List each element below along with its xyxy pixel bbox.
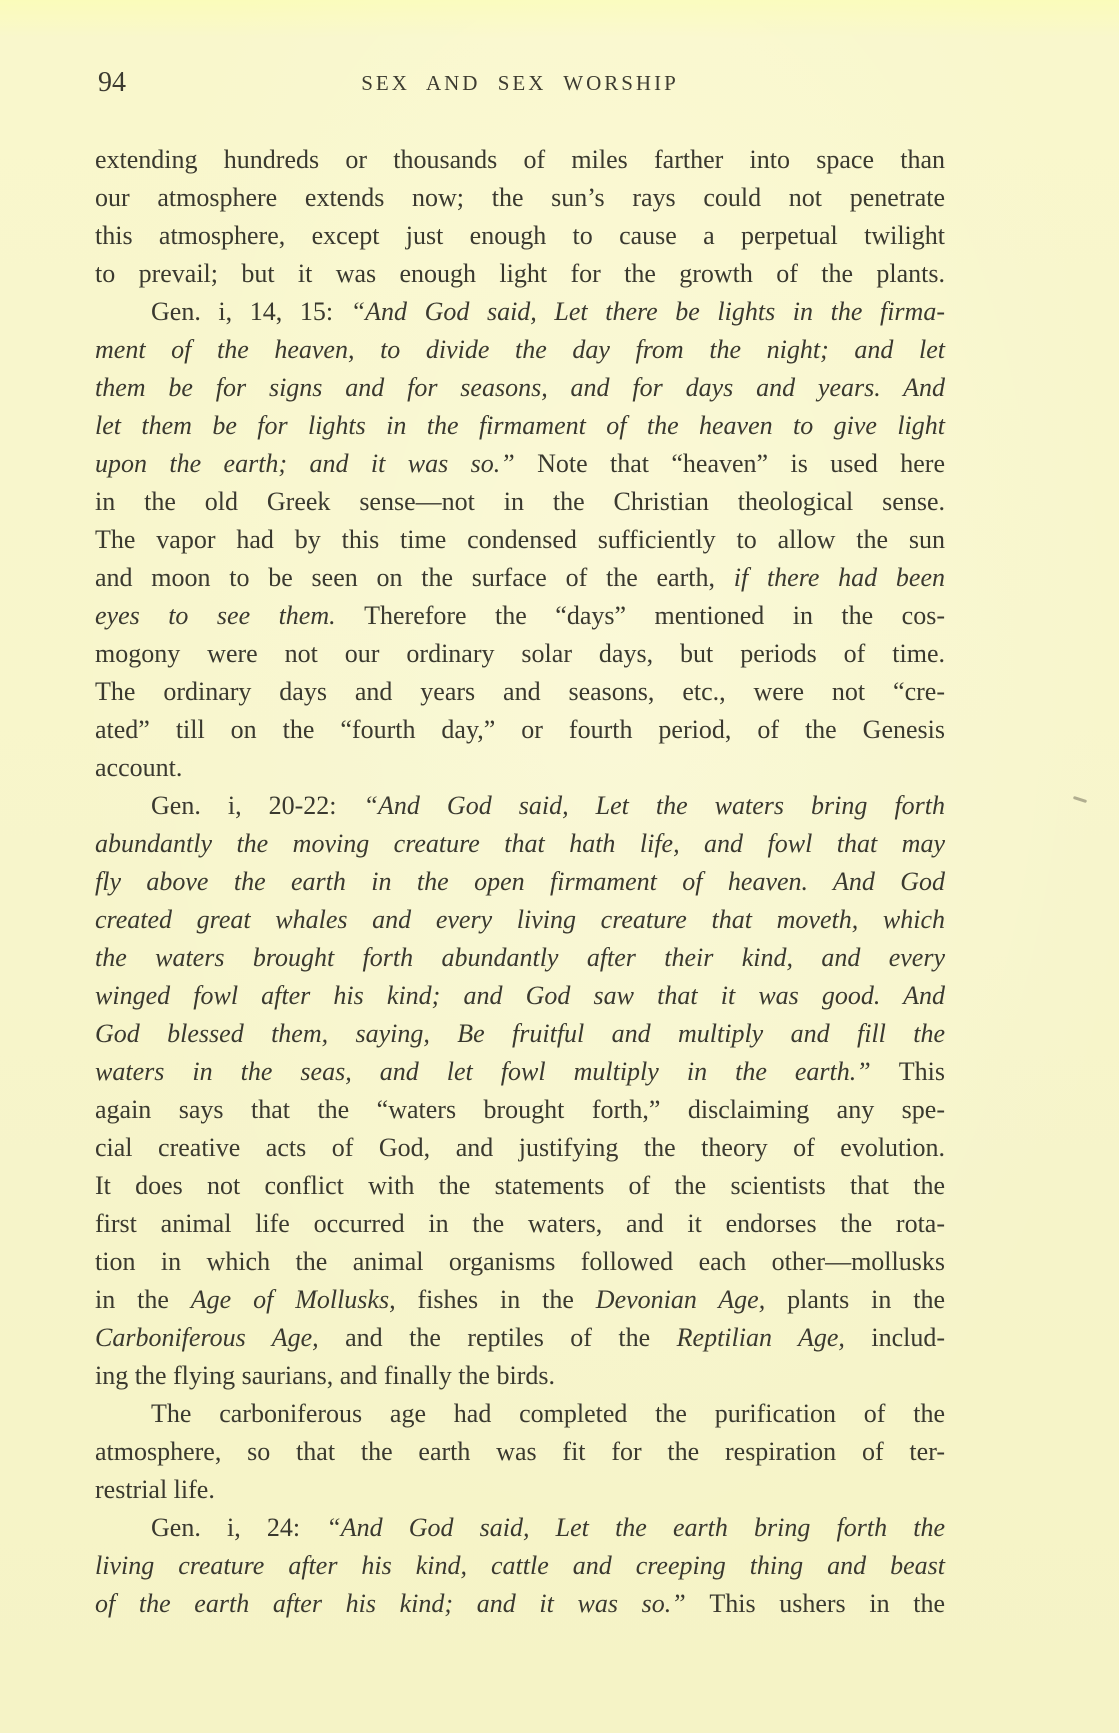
text-line: restrial life. (95, 1471, 945, 1509)
print-artifact-speck (1073, 796, 1087, 803)
text-line: The carboniferous age had completed the … (95, 1395, 945, 1433)
italic-text-segment: upon the earth; and it was so.” (95, 449, 537, 478)
text-segment: mogony were not our ordinary solar days,… (95, 639, 945, 668)
text-segment: and moon to be seen on the surface of th… (95, 563, 734, 592)
page-header: 94 SEX AND SEX WORSHIP (95, 66, 945, 100)
text-line: them be for signs and for seasons, and f… (95, 369, 945, 407)
text-segment: This (899, 1057, 945, 1086)
text-line: fly above the earth in the open firmamen… (95, 863, 945, 901)
italic-text-segment: of the earth after his kind; and it was … (95, 1589, 709, 1618)
text-segment: tion in which the animal organisms follo… (95, 1247, 945, 1276)
text-line: account. (95, 749, 945, 787)
text-line: Gen. i, 14, 15: “And God said, Let there… (95, 293, 945, 331)
text-segment: ated” till on the “fourth day,” or fourt… (95, 715, 945, 744)
text-line: winged fowl after his kind; and God saw … (95, 977, 945, 1015)
text-line: tion in which the animal organisms follo… (95, 1243, 945, 1281)
text-line: to prevail; but it was enough light for … (95, 255, 945, 293)
text-line: the waters brought forth abundantly afte… (95, 939, 945, 977)
text-line: abundantly the moving creature that hath… (95, 825, 945, 863)
italic-text-segment: winged fowl after his kind; and God saw … (95, 981, 945, 1010)
running-title: SEX AND SEX WORSHIP (95, 66, 945, 100)
text-line: extending hundreds or thousands of miles… (95, 141, 945, 179)
italic-text-segment: “And God said, Let there be lights in th… (351, 297, 945, 326)
text-line: and moon to be seen on the surface of th… (95, 559, 945, 597)
text-segment: Gen. i, 20-22: (151, 791, 364, 820)
text-line: our atmosphere extends now; the sun’s ra… (95, 179, 945, 217)
text-line: Carboniferous Age, and the reptiles of t… (95, 1319, 945, 1357)
text-line: mogony were not our ordinary solar days,… (95, 635, 945, 673)
text-line: first animal life occurred in the waters… (95, 1205, 945, 1243)
text-segment: this atmosphere, except just enough to c… (95, 221, 945, 250)
italic-text-segment: God blessed them, saying, Be fruitful an… (95, 1019, 945, 1048)
text-line: created great whales and every living cr… (95, 901, 945, 939)
text-segment: fishes in the (396, 1285, 596, 1314)
italic-text-segment: let them be for lights in the firmament … (95, 411, 945, 440)
text-segment: in the old Greek sense—not in the Christ… (95, 487, 945, 516)
text-segment: Gen. i, 14, 15: (151, 297, 351, 326)
text-segment: Gen. i, 24: (151, 1513, 326, 1542)
text-line: ing the flying saurians, and finally the… (95, 1357, 945, 1395)
text-segment: our atmosphere extends now; the sun’s ra… (95, 183, 945, 212)
italic-text-segment: “And God said, Let the waters bring fort… (364, 791, 945, 820)
text-segment: The vapor had by this time condensed suf… (95, 525, 945, 554)
text-line: upon the earth; and it was so.” Note tha… (95, 445, 945, 483)
text-segment: This ushers in the (709, 1589, 945, 1618)
text-line: The vapor had by this time condensed suf… (95, 521, 945, 559)
text-line: in the old Greek sense—not in the Christ… (95, 483, 945, 521)
text-segment: plants in the (765, 1285, 945, 1314)
italic-text-segment: Age of Mollusks, (191, 1285, 396, 1314)
italic-text-segment: them be for signs and for seasons, and f… (95, 373, 945, 402)
text-line: living creature after his kind, cattle a… (95, 1547, 945, 1585)
text-line: Gen. i, 24: “And God said, Let the earth… (95, 1509, 945, 1547)
italic-text-segment: if there had been (734, 563, 945, 592)
text-segment: and the reptiles of the (319, 1323, 677, 1352)
italic-text-segment: fly above the earth in the open firmamen… (95, 867, 945, 896)
italic-text-segment: Carboniferous Age, (95, 1323, 319, 1352)
text-segment: again says that the “waters brought fort… (95, 1095, 945, 1124)
text-segment: account. (95, 753, 182, 782)
text-line: It does not conflict with the statements… (95, 1167, 945, 1205)
text-line: atmosphere, so that the earth was fit fo… (95, 1433, 945, 1471)
text-line: this atmosphere, except just enough to c… (95, 217, 945, 255)
text-line: again says that the “waters brought fort… (95, 1091, 945, 1129)
text-line: let them be for lights in the firmament … (95, 407, 945, 445)
text-line: The ordinary days and years and seasons,… (95, 673, 945, 711)
text-segment: Therefore the “days” mentioned in the co… (364, 601, 945, 630)
italic-text-segment: the waters brought forth abundantly afte… (95, 943, 945, 972)
text-segment: restrial life. (95, 1475, 215, 1504)
text-segment: extending hundreds or thousands of miles… (95, 145, 945, 174)
text-line: eyes to see them. Therefore the “days” m… (95, 597, 945, 635)
italic-text-segment: eyes to see them. (95, 601, 364, 630)
text-line: of the earth after his kind; and it was … (95, 1585, 945, 1623)
text-segment: in the (95, 1285, 191, 1314)
italic-text-segment: Reptilian Age, (677, 1323, 845, 1352)
text-segment: Note that “heaven” is used here (537, 449, 945, 478)
text-segment: ing the flying saurians, and finally the… (95, 1361, 555, 1390)
italic-text-segment: Devonian Age, (596, 1285, 765, 1314)
italic-text-segment: ment of the heaven, to divide the day fr… (95, 335, 945, 364)
italic-text-segment: waters in the seas, and let fowl multipl… (95, 1057, 899, 1086)
text-segment: The ordinary days and years and seasons,… (95, 677, 945, 706)
italic-text-segment: “And God said, Let the earth bring forth… (326, 1513, 945, 1542)
text-line: ment of the heaven, to divide the day fr… (95, 331, 945, 369)
text-segment: to prevail; but it was enough light for … (95, 259, 945, 288)
text-segment: first animal life occurred in the waters… (95, 1209, 945, 1238)
text-line: in the Age of Mollusks, fishes in the De… (95, 1281, 945, 1319)
text-segment: includ- (845, 1323, 945, 1352)
text-line: ated” till on the “fourth day,” or fourt… (95, 711, 945, 749)
text-line: Gen. i, 20-22: “And God said, Let the wa… (95, 787, 945, 825)
text-line: God blessed them, saying, Be fruitful an… (95, 1015, 945, 1053)
text-line: cial creative acts of God, and justifyin… (95, 1129, 945, 1167)
book-page: 94 SEX AND SEX WORSHIP extending hundred… (0, 0, 1119, 1733)
text-segment: atmosphere, so that the earth was fit fo… (95, 1437, 945, 1466)
text-segment: The carboniferous age had completed the … (151, 1399, 945, 1428)
text-line: waters in the seas, and let fowl multipl… (95, 1053, 945, 1091)
text-body: extending hundreds or thousands of miles… (95, 141, 945, 1623)
italic-text-segment: living creature after his kind, cattle a… (95, 1551, 945, 1580)
text-segment: cial creative acts of God, and justifyin… (95, 1133, 945, 1162)
text-segment: It does not conflict with the statements… (95, 1171, 945, 1200)
italic-text-segment: created great whales and every living cr… (95, 905, 945, 934)
italic-text-segment: abundantly the moving creature that hath… (95, 829, 945, 858)
